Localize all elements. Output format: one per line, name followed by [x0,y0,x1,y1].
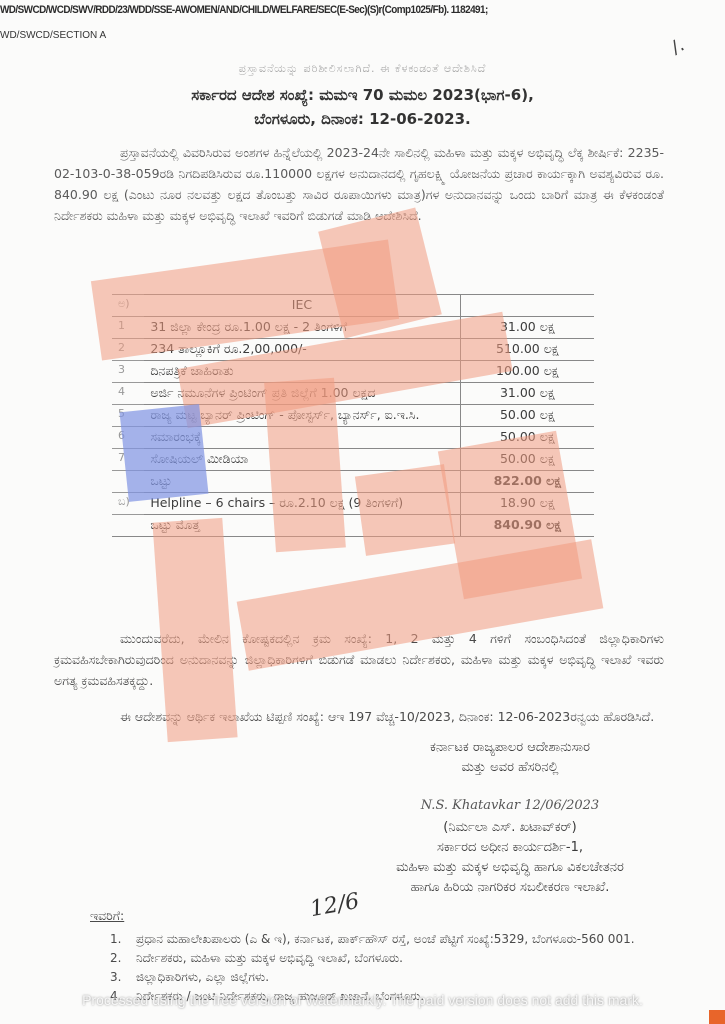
row-num: 2 [112,339,144,361]
row-description: 31 ಜಿಲ್ಲಾ ಕೇಂದ್ರ ರೂ.1.00 ಲಕ್ಷ - 2 ತಿಂಗಳಿ… [144,317,460,339]
handwritten-initials: 12/6 [308,889,361,922]
header-desc: IEC [144,295,460,317]
row-description: Helpline – 6 chairs – ರೂ.2.10 ಲಕ್ಷ (9 ತಿ… [144,493,460,515]
authority-line-2: ಮತ್ತು ಅವರ ಹೆಸರಿನಲ್ಲಿ [320,758,700,778]
row-amount: 31.00 ಲಕ್ಷ [460,383,594,405]
handwritten-signature: N.S. Khatavkar 12/06/2023 [320,796,700,816]
authority-block: ಕರ್ನಾಟಕ ರಾಜ್ಯಪಾಲರ ಆದೇಶಾನುಸಾರ ಮತ್ತು ಅವರ ಹ… [320,738,700,778]
recipient-text: ಪ್ರಧಾನ ಮಹಾಲೇಖಪಾಲರು (ಎ & ಇ), ಕರ್ನಾಟಕ, ಪಾರ… [136,932,635,946]
iec-budget-table: ಅ) IEC 131 ಜಿಲ್ಲಾ ಕೇಂದ್ರ ರೂ.1.00 ಲಕ್ಷ - … [112,294,594,537]
table-row: ಒಟ್ಟು822.00 ಲಕ್ಷ [112,471,594,493]
row-amount: 840.90 ಲಕ್ಷ [460,515,594,537]
row-description: ಒಟ್ಟು ಮೊತ್ತ [144,515,460,537]
row-amount: 50.00 ಲಕ್ಷ [460,449,594,471]
table-row: 5ರಾಜ್ಯ ಮಟ್ಟ ಬ್ಯಾನರ್ ಪ್ರಿಂಟಿಂಗ್ - ಪೋಸ್ಟರ್… [112,405,594,427]
row-num: 6 [112,427,144,449]
order-paragraph-1: ಪ್ರಸ್ತಾವನೆಯಲ್ಲಿ ವಿವರಿಸಿರುವ ಅಂಶಗಳ ಹಿನ್ನೆಲ… [54,142,664,226]
row-amount: 18.90 ಲಕ್ಷ [460,493,594,515]
paragraph-text: ಪ್ರಸ್ತಾವನೆಯಲ್ಲಿ ವಿವರಿಸಿರುವ ಅಂಶಗಳ ಹಿನ್ನೆಲ… [54,142,664,226]
order-paragraph-3: ಈ ಆದೇಶವನ್ನು ಆರ್ಥಿಕ ಇಲಾಖೆಯ ಟಿಪ್ಪಣಿ ಸಂಖ್ಯೆ… [54,706,664,727]
recipient-item: 3.ಜಿಲ್ಲಾಧಿಕಾರಿಗಳು, ಎಲ್ಲಾ ಜಿಲ್ಲೆಗಳು. [110,968,690,987]
row-num: 7 [112,449,144,471]
row-description: ಸೋಷಿಯಲ್ ಮೀಡಿಯಾ [144,449,460,471]
recipient-number: 3. [110,968,121,987]
row-description: 234 ತಾಲ್ಲೂಕಿಗೆ ರೂ.2,00,000/- [144,339,460,361]
row-num: 1 [112,317,144,339]
corner-fragment [709,1010,725,1024]
place-date: ಬೆಂಗಳೂರು, ದಿನಾಂಕ: 12-06-2023. [0,110,725,128]
signatory-designation: ಸರ್ಕಾರದ ಅಧೀನ ಕಾರ್ಯದರ್ಶಿ-1, [320,838,700,858]
row-num: 4 [112,383,144,405]
table-row: ಬ)Helpline – 6 chairs – ರೂ.2.10 ಲಕ್ಷ (9 … [112,493,594,515]
watermark-text: Processed using the free version of Wate… [0,992,725,1008]
table-row: 2234 ತಾಲ್ಲೂಕಿಗೆ ರೂ.2,00,000/-510.00 ಲಕ್ಷ [112,339,594,361]
table-row: 3ದಿನಪತ್ರಿಕೆ ಜಾಹಿರಾತು100.00 ಲಕ್ಷ [112,361,594,383]
recipients-label: ಇವರಿಗೆ: [90,908,124,924]
recipient-number: 2. [110,949,121,968]
table-row: 131 ಜಿಲ್ಲಾ ಕೇಂದ್ರ ರೂ.1.00 ಲಕ್ಷ - 2 ತಿಂಗಳ… [112,317,594,339]
faint-preamble: ಪ್ರಸ್ತಾವನೆಯನ್ನು ಪರಿಶೀಲಿಸಲಾಗಿದೆ. ಈ ಕೆಳಕಂಡ… [0,62,725,76]
row-description: ರಾಜ್ಯ ಮಟ್ಟ ಬ್ಯಾನರ್ ಪ್ರಿಂಟಿಂಗ್ - ಪೋಸ್ಟರ್ಸ… [144,405,460,427]
header-num: ಅ) [112,295,144,317]
row-description: ದಿನಪತ್ರಿಕೆ ಜಾಹಿರಾತು [144,361,460,383]
row-amount: 31.00 ಲಕ್ಷ [460,317,594,339]
table-row: ಒಟ್ಟು ಮೊತ್ತ840.90 ಲಕ್ಷ [112,515,594,537]
order-number: ಸರ್ಕಾರದ ಆದೇಶ ಸಂಖ್ಯೆ: ಮಮಇ 70 ಮಮಲ 2023(ಭಾಗ… [0,86,725,104]
row-num [112,515,144,537]
table-header-row: ಅ) IEC [112,295,594,317]
authority-line-1: ಕರ್ನಾಟಕ ರಾಜ್ಯಪಾಲರ ಆದೇಶಾನುಸಾರ [320,738,700,758]
row-amount: 822.00 ಲಕ್ಷ [460,471,594,493]
recipient-number: 1. [110,930,121,949]
table-row: 7ಸೋಷಿಯಲ್ ಮೀಡಿಯಾ50.00 ಲಕ್ಷ [112,449,594,471]
recipient-text: ಜಿಲ್ಲಾಧಿಕಾರಿಗಳು, ಎಲ್ಲಾ ಜಿಲ್ಲೆಗಳು. [136,970,269,984]
signatory-block: (ನಿರ್ಮಲಾ ಎಸ್. ಖಟಾವ್‌ಕರ್) ಸರ್ಕಾರದ ಅಧೀನ ಕಾ… [320,818,700,898]
section-line: WD/SWCD/SECTION A [0,30,106,41]
row-num [112,471,144,493]
row-amount: 100.00 ಲಕ್ಷ [460,361,594,383]
row-description: ಸಮಾರಂಭಕ್ಕೆ [144,427,460,449]
recipient-item: 2.ನಿರ್ದೇಶಕರು, ಮಹಿಳಾ ಮತ್ತು ಮಕ್ಕಳ ಅಭಿವೃದ್ಧ… [110,949,690,968]
row-num: 3 [112,361,144,383]
signatory-name: (ನಿರ್ಮಲಾ ಎಸ್. ಖಟಾವ್‌ಕರ್) [320,818,700,838]
government-order-document: WD/SWCD/WCD/SWV/RDD/23/WDD/SSE-AWOMEN/AN… [0,0,725,1024]
table-row: 4ಅರ್ಜಿ ನಮೂನೆಗಳ ಪ್ರಿಂಟಿಂಗ್ ಪ್ರತಿ ಜಿಲ್ಲೆಗೆ… [112,383,594,405]
paragraph-text: ಮುಂದುವರೆದು, ಮೇಲಿನ ಕೋಷ್ಟಕದಲ್ಲಿನ ಕ್ರಮ ಸಂಖ್… [54,628,664,691]
recipient-item: 1.ಪ್ರಧಾನ ಮಹಾಲೇಖಪಾಲರು (ಎ & ಇ), ಕರ್ನಾಟಕ, ಪ… [110,930,690,949]
header-amount [460,295,594,317]
row-amount: 50.00 ಲಕ್ಷ [460,405,594,427]
row-num: 5 [112,405,144,427]
paragraph-text: ಈ ಆದೇಶವನ್ನು ಆರ್ಥಿಕ ಇಲಾಖೆಯ ಟಿಪ್ಪಣಿ ಸಂಖ್ಯೆ… [54,706,664,727]
row-amount: 510.00 ಲಕ್ಷ [460,339,594,361]
row-description: ಒಟ್ಟು [144,471,460,493]
order-paragraph-2: ಮುಂದುವರೆದು, ಮೇಲಿನ ಕೋಷ್ಟಕದಲ್ಲಿನ ಕ್ರಮ ಸಂಖ್… [54,628,664,691]
row-amount: 50.00 ಲಕ್ಷ [460,427,594,449]
recipient-text: ನಿರ್ದೇಶಕರು, ಮಹಿಳಾ ಮತ್ತು ಮಕ್ಕಳ ಅಭಿವೃದ್ಧಿ … [136,951,403,965]
row-description: ಅರ್ಜಿ ನಮೂನೆಗಳ ಪ್ರಿಂಟಿಂಗ್ ಪ್ರತಿ ಜಿಲ್ಲೆಗೆ … [144,383,460,405]
file-reference-line: WD/SWCD/WCD/SWV/RDD/23/WDD/SSE-AWOMEN/AN… [0,4,653,16]
table-row: 6ಸಮಾರಂಭಕ್ಕೆ50.00 ಲಕ್ಷ [112,427,594,449]
department-line-2: ಹಾಗೂ ಹಿರಿಯ ನಾಗರಿಕರ ಸಬಲೀಕರಣ ಇಲಾಖೆ. [320,878,700,898]
row-num: ಬ) [112,493,144,515]
department-line-1: ಮಹಿಳಾ ಮತ್ತು ಮಕ್ಕಳ ಅಭಿವೃದ್ಧಿ ಹಾಗೂ ವಿಕಲಚೇತ… [320,858,700,878]
handwritten-mark: /. [668,34,688,58]
